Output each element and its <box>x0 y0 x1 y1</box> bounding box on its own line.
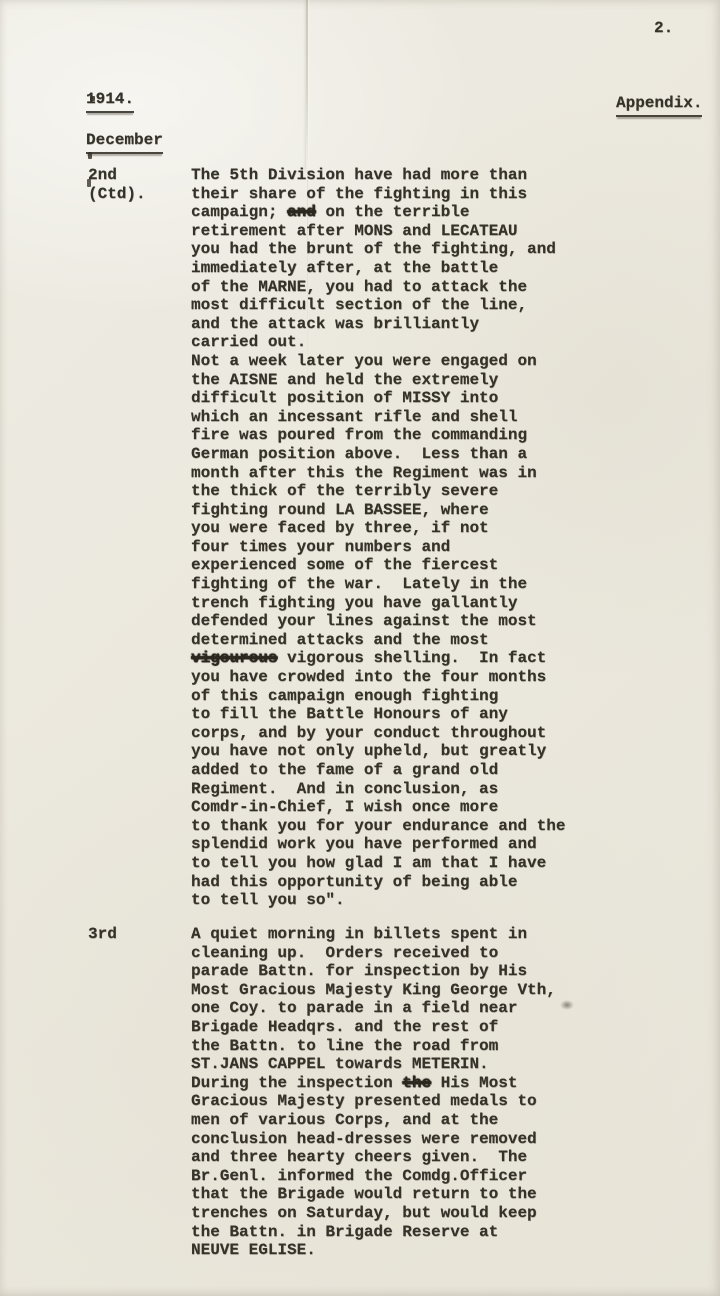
entry-line: to tell you how glad I am that I have <box>191 854 565 873</box>
entry-line: trench fighting you have gallantly <box>191 594 565 613</box>
entry-line: the Battn. in Brigade Reserve at <box>191 1223 556 1242</box>
year-heading-text: 1914. <box>86 90 134 113</box>
entry-line: you had the brunt of the fighting, and <box>191 240 565 259</box>
entry-line: experienced some of the fiercest <box>191 556 565 575</box>
document-page: 2. 1914. Appendix. December 2nd(Ctd).The… <box>0 0 720 1296</box>
entry-line: A quiet morning in billets spent in <box>191 925 556 944</box>
entry-line: their share of the fighting in this <box>191 185 565 204</box>
entry-line: retirement after MONS and LECATEAU <box>191 222 565 241</box>
entry-line: men of various Corps, and at the <box>191 1111 556 1130</box>
month-heading: December <box>86 131 163 154</box>
entry-line: Gracious Majesty presented medals to <box>191 1092 556 1111</box>
struck-out-word: vigourous <box>191 649 277 667</box>
entry-line: to fill the Battle Honours of any <box>191 705 565 724</box>
struck-out-word: and <box>287 203 316 221</box>
entry-line: to thank you for your endurance and the <box>191 817 565 836</box>
entry-line: immediately after, at the battle <box>191 259 565 278</box>
entry-line: four times your numbers and <box>191 538 565 557</box>
entry-line: the thick of the terribly severe <box>191 482 565 501</box>
entry-line: Comdr-in-Chief, I wish once more <box>191 798 565 817</box>
entry-line: fire was poured from the commanding <box>191 426 565 445</box>
entry-line: and three hearty cheers given. The <box>191 1148 556 1167</box>
entry-line: Most Gracious Majesty King George Vth, <box>191 981 556 1000</box>
entry-line: corps, and by your conduct throughout <box>191 724 565 743</box>
month-heading-text: December <box>86 131 163 154</box>
entry-line: added to the fame of a grand old <box>191 761 565 780</box>
entry-line: you have crowded into the four months <box>191 668 565 687</box>
entry-line: During the inspection the His Most <box>191 1074 556 1093</box>
entry-line: difficult position of MISSY into <box>191 389 565 408</box>
entry-line: defended your lines against the most <box>191 612 565 631</box>
entry-line: NEUVE EGLISE. <box>191 1241 556 1260</box>
entry-line: which an incessant rifle and shell <box>191 408 565 427</box>
entry-line: Regiment. And in conclusion, as <box>191 780 565 799</box>
entry-line: the Battn. to line the road from <box>191 1037 556 1056</box>
entry-line: campaign; and on the terrible <box>191 203 565 222</box>
entry-line: Brigade Headqrs. and the rest of <box>191 1018 556 1037</box>
page-number: 2. <box>654 19 673 38</box>
entry-line: Not a week later you were engaged on <box>191 352 565 371</box>
entry-date-label: 3rd <box>88 925 117 944</box>
entry-line: that the Brigade would return to the <box>191 1185 556 1204</box>
entry-line: and the attack was brilliantly <box>191 315 565 334</box>
appendix-label-text: Appendix. <box>616 94 702 117</box>
entry-line: Br.Genl. informed the Comdg.Officer <box>191 1167 556 1186</box>
entry-text: A quiet morning in billets spent inclean… <box>191 925 556 1260</box>
entry-line: had this opportunity of being able <box>191 873 565 892</box>
entry-line: ST.JANS CAPPEL towards METERIN. <box>191 1055 556 1074</box>
entry-line: splendid work you have performed and <box>191 835 565 854</box>
entry-line: the AISNE and held the extremely <box>191 371 565 390</box>
entry-line: determined attacks and the most <box>191 631 565 650</box>
entry-line: month after this the Regiment was in <box>191 464 565 483</box>
entry-line: of this campaign enough fighting <box>191 687 565 706</box>
struck-out-word: the <box>402 1074 431 1092</box>
entry-line: you were faced by three, if not <box>191 519 565 538</box>
entry-line: vigourous vigorous shelling. In fact <box>191 649 565 668</box>
entry-line: parade Battn. for inspection by His <box>191 962 556 981</box>
entry-text: The 5th Division have had more thantheir… <box>191 166 565 910</box>
ink-smudge <box>560 1000 574 1010</box>
entry-line: one Coy. to parade in a field near <box>191 999 556 1018</box>
entry-line: fighting of the war. Lately in the <box>191 575 565 594</box>
entry-line: The 5th Division have had more than <box>191 166 565 185</box>
entry-line: carried out. <box>191 333 565 352</box>
entry-line: to tell you so". <box>191 891 565 910</box>
entry-line: you have not only upheld, but greatly <box>191 742 565 761</box>
entry-line: trenches on Saturday, but would keep <box>191 1204 556 1223</box>
entry-line: of the MARNE, you had to attack the <box>191 278 565 297</box>
appendix-label: Appendix. <box>616 94 702 117</box>
entry-line: most difficult section of the line, <box>191 296 565 315</box>
entry-line: cleaning up. Orders received to <box>191 944 556 963</box>
entry-line: German position above. Less than a <box>191 445 565 464</box>
year-heading: 1914. <box>86 90 134 113</box>
paper-fold-crease <box>306 0 308 170</box>
entry-line: fighting round LA BASSEE, where <box>191 501 565 520</box>
entry-date-label: 2nd(Ctd). <box>88 166 146 203</box>
entry-line: conclusion head-dresses were removed <box>191 1130 556 1149</box>
